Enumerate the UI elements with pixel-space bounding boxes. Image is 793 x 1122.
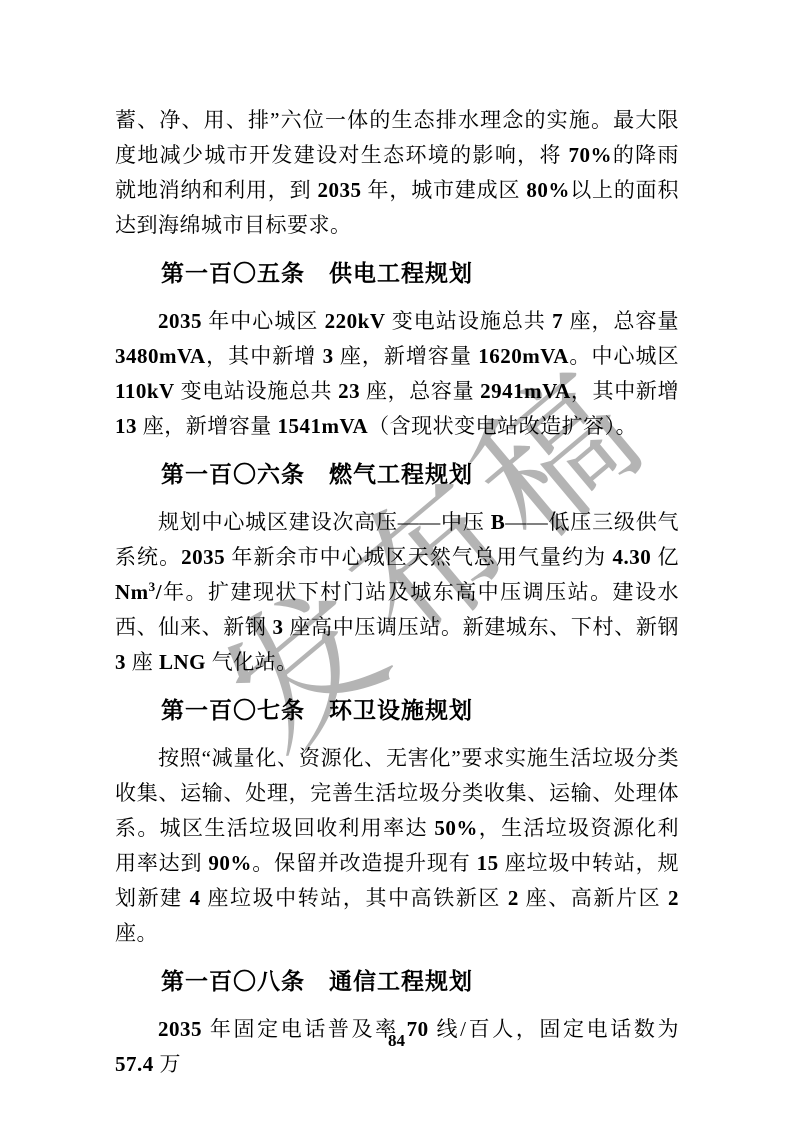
text-run: 变电站设施总共 (386, 309, 553, 333)
heading-article-105: 第一百〇五条 供电工程规划 (115, 257, 679, 290)
text-run: 2035 (181, 545, 225, 569)
text-run: 变电站设施总共 (175, 379, 338, 403)
document-body: 蓄、净、用、排”六位一体的生态排水理念的实施。最大限度地减少城市开发建设对生态环… (115, 103, 679, 1082)
text-run: 2035 (317, 178, 361, 202)
text-run: 。保留并改造提升现有 (252, 851, 477, 875)
text-run: 57.4 (115, 1052, 154, 1076)
text-run: 4.30 (612, 545, 651, 569)
text-run: 90% (208, 851, 252, 875)
text-run: 座、高新片区 (519, 886, 668, 910)
heading-article-107: 第一百〇七条 环卫设施规划 (115, 694, 679, 727)
text-run: B (491, 510, 506, 534)
page-number: 84 (0, 1031, 793, 1051)
document-page: 发布稿 蓄、净、用、排”六位一体的生态排水理念的实施。最大限度地减少城市开发建设… (0, 0, 793, 1122)
text-run: 2 (508, 886, 519, 910)
text-run: 座。 (115, 921, 158, 945)
text-run: 座 (126, 650, 159, 674)
text-run: 万 (154, 1052, 181, 1076)
text-run: 座，总容量 (563, 309, 679, 333)
paragraph-runoff-continuation: 蓄、净、用、排”六位一体的生态排水理念的实施。最大限度地减少城市开发建设对生态环… (115, 103, 679, 243)
text-run: 13 (115, 414, 137, 438)
text-run: 80% (526, 178, 570, 202)
text-run: 70% (568, 143, 612, 167)
text-run: （含现状变电站改造扩容）。 (368, 414, 637, 438)
text-run: 年，城市建成区 (361, 178, 526, 202)
text-run: 50% (434, 816, 478, 840)
text-run: 座，总容量 (360, 379, 480, 403)
text-run: 年中心城区 (202, 309, 325, 333)
text-run: 220kV (325, 309, 386, 333)
text-run: 23 (338, 379, 360, 403)
text-run: Nm (115, 580, 149, 604)
text-run: 座垃圾中转站，其中高铁新区 (201, 886, 508, 910)
text-run: 3 (323, 344, 334, 368)
text-run: 15 (477, 851, 499, 875)
text-run: ，其中新增 (206, 344, 323, 368)
heading-article-108: 第一百〇八条 通信工程规划 (115, 965, 679, 998)
text-run: 2035 (158, 309, 202, 333)
text-run: LNG (159, 650, 206, 674)
text-run: 年新余市中心城区天然气总用气量约为 (225, 545, 612, 569)
text-run: 规划中心城区建设次高压——中压 (158, 510, 491, 534)
text-run: 1541mVA (278, 414, 369, 438)
text-run: 110kV (115, 379, 175, 403)
paragraph-gas-supply: 规划中心城区建设次高压——中压 B——低压三级供气系统。2035 年新余市中心城… (115, 505, 679, 680)
paragraph-power-supply: 2035 年中心城区 220kV 变电站设施总共 7 座，总容量 3480mVA… (115, 304, 679, 444)
text-run: 亿 (651, 545, 679, 569)
text-run: 2941mVA (480, 379, 571, 403)
paragraph-sanitation: 按照“减量化、资源化、无害化”要求实施生活垃圾分类收集、运输、处理，完善生活垃圾… (115, 741, 679, 951)
text-run: 3480mVA (115, 344, 206, 368)
text-run: ，其中新增 (571, 379, 679, 403)
text-run: 座，新增容量 (137, 414, 278, 438)
text-run: 3 (149, 579, 156, 594)
text-run: 1620mVA (478, 344, 569, 368)
text-run: 3 (272, 615, 283, 639)
text-run: 7 (552, 309, 563, 333)
text-run: 2 (668, 886, 679, 910)
text-run: 座高中压调压站。新建城东、下村、新钢 (283, 615, 679, 639)
heading-article-106: 第一百〇六条 燃气工程规划 (115, 458, 679, 491)
text-run: 4 (190, 886, 201, 910)
text-run: 。中心城区 (569, 344, 679, 368)
text-run: 3 (115, 650, 126, 674)
text-run: 气化站。 (206, 650, 298, 674)
text-run: 座，新增容量 (334, 344, 479, 368)
